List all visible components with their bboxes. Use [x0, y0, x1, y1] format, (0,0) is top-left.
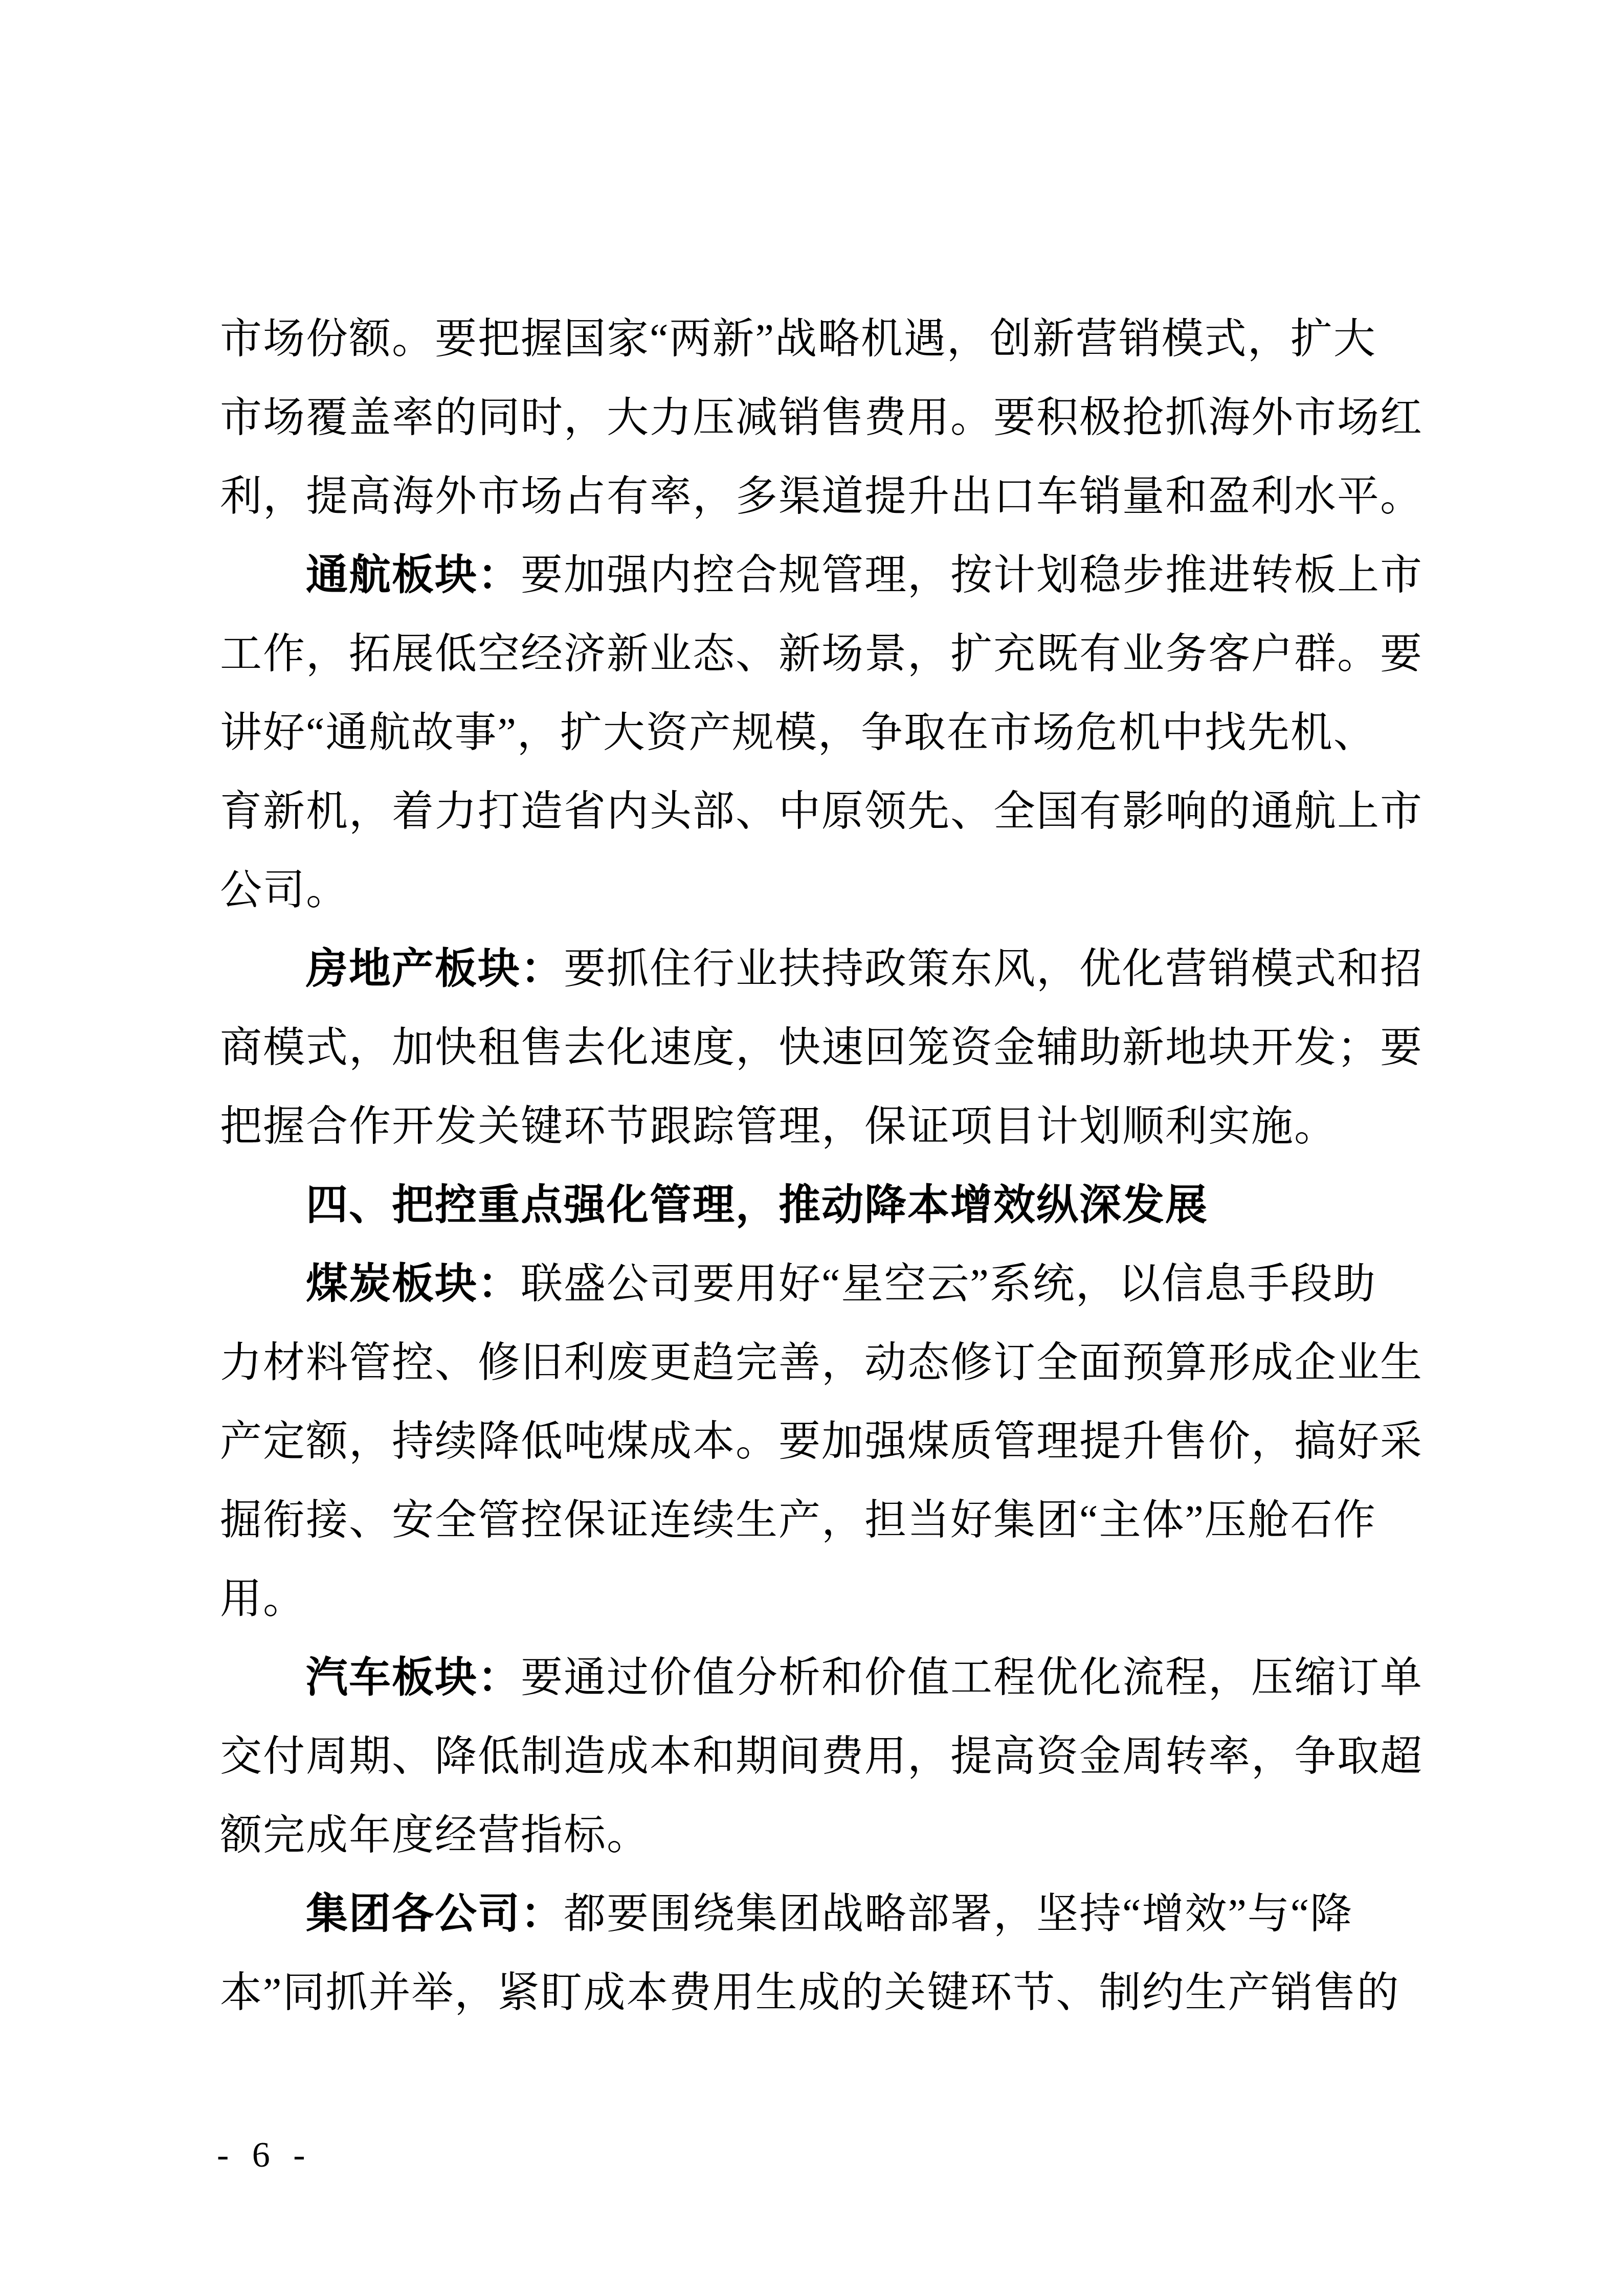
text-line: 房地产板块：要抓住行业扶持政策东风，优化营销模式和招 — [220, 930, 1437, 1008]
text-line: 力材料管控、修旧利废更趋完善，动态修订全面预算形成企业生 — [220, 1323, 1437, 1402]
text-line: 工作，拓展低空经济新业态、新场景，扩充既有业务客户群。要 — [220, 615, 1437, 693]
emphasis-text: 煤炭板块： — [306, 1260, 521, 1307]
body-text: 讲好“通航故事”，扩大资产规模，争取在市场危机中找先机、 — [220, 709, 1376, 756]
body-text: 要抓住行业扶持政策东风，优化营销模式和招 — [564, 946, 1423, 992]
text-line: 煤炭板块：联盛公司要用好“星空云”系统，以信息手段助 — [220, 1245, 1437, 1323]
text-line: 集团各公司：都要围绕集团战略部署，坚持“增效”与“降 — [220, 1875, 1437, 1953]
body-text: 市场覆盖率的同时，大力压减销售费用。要积极抢抓海外市场红 — [220, 394, 1423, 441]
body-text: 要通过价值分析和价值工程优化流程，压缩订单 — [521, 1654, 1423, 1701]
body-text: 交付周期、降低制造成本和期间费用，提高资金周转率，争取超 — [220, 1733, 1423, 1780]
text-line: 额完成年度经营指标。 — [220, 1796, 1437, 1875]
body-text: 公司。 — [220, 867, 349, 913]
body-text: 本”同抓并举，紧盯成本费用生成的关键环节、制约生产销售的 — [220, 1969, 1399, 2016]
text-line: 市场份额。要把握国家“两新”战略机遇，创新营销模式，扩大 — [220, 300, 1437, 378]
body-text: 商模式，加快租售去化速度，快速回笼资金辅助新地块开发；要 — [220, 1024, 1423, 1071]
body-text: 工作，拓展低空经济新业态、新场景，扩充既有业务客户群。要 — [220, 631, 1423, 677]
emphasis-text: 汽车板块： — [306, 1654, 521, 1701]
body-text: 额完成年度经营指标。 — [220, 1812, 650, 1858]
text-line: 用。 — [220, 1560, 1437, 1638]
body-text: 要加强内控合规管理，按计划稳步推进转板上市 — [521, 552, 1423, 598]
text-line: 公司。 — [220, 851, 1437, 930]
emphasis-text: 房地产板块： — [306, 946, 564, 992]
text-line: 把握合作开发关键环节跟踪管理，保证项目计划顺利实施。 — [220, 1087, 1437, 1166]
text-line: 掘衔接、安全管控保证连续生产，担当好集团“主体”压舱石作 — [220, 1481, 1437, 1560]
body-text: 利，提高海外市场占有率，多渠道提升出口车销量和盈利水平。 — [220, 473, 1423, 520]
emphasis-text: 集团各公司： — [306, 1890, 564, 1937]
text-line: 汽车板块：要通过价值分析和价值工程优化流程，压缩订单 — [220, 1638, 1437, 1717]
page-number: - 6 - — [217, 2122, 313, 2189]
text-line: 通航板块：要加强内控合规管理，按计划稳步推进转板上市 — [220, 536, 1437, 615]
body-text: 掘衔接、安全管控保证连续生产，担当好集团“主体”压舱石作 — [220, 1497, 1376, 1543]
body-text: 育新机，着力打造省内头部、中原领先、全国有影响的通航上市 — [220, 788, 1423, 835]
section-heading-line: 四、把控重点强化管理，推动降本增效纵深发展 — [220, 1166, 1437, 1245]
body-text: 市场份额。要把握国家“两新”战略机遇，创新营销模式，扩大 — [220, 316, 1376, 362]
text-line: 商模式，加快租售去化速度，快速回笼资金辅助新地块开发；要 — [220, 1008, 1437, 1087]
body-text: 产定额，持续降低吨煤成本。要加强煤质管理提升售价，搞好采 — [220, 1418, 1423, 1465]
body-text: 联盛公司要用好“星空云”系统，以信息手段助 — [521, 1260, 1376, 1307]
text-line: 市场覆盖率的同时，大力压减销售费用。要积极抢抓海外市场红 — [220, 378, 1437, 457]
body-text: 用。 — [220, 1575, 306, 1622]
text-line: 本”同抓并举，紧盯成本费用生成的关键环节、制约生产销售的 — [220, 1953, 1437, 2032]
text-line: 育新机，着力打造省内头部、中原领先、全国有影响的通航上市 — [220, 772, 1437, 851]
emphasis-text: 通航板块： — [306, 552, 521, 598]
text-line: 交付周期、降低制造成本和期间费用，提高资金周转率，争取超 — [220, 1717, 1437, 1796]
emphasis-text: 四、把控重点强化管理，推动降本增效纵深发展 — [306, 1182, 1208, 1228]
text-line: 利，提高海外市场占有率，多渠道提升出口车销量和盈利水平。 — [220, 457, 1437, 536]
body-text: 力材料管控、修旧利废更趋完善，动态修订全面预算形成企业生 — [220, 1339, 1423, 1386]
document-body: 市场份额。要把握国家“两新”战略机遇，创新营销模式，扩大市场覆盖率的同时，大力压… — [220, 300, 1437, 2032]
document-page: 市场份额。要把握国家“两新”战略机遇，创新营销模式，扩大市场覆盖率的同时，大力压… — [0, 0, 1624, 2296]
body-text: 把握合作开发关键环节跟踪管理，保证项目计划顺利实施。 — [220, 1103, 1337, 1150]
text-line: 产定额，持续降低吨煤成本。要加强煤质管理提升售价，搞好采 — [220, 1402, 1437, 1481]
text-line: 讲好“通航故事”，扩大资产规模，争取在市场危机中找先机、 — [220, 693, 1437, 772]
body-text: 都要围绕集团战略部署，坚持“增效”与“降 — [564, 1890, 1353, 1937]
